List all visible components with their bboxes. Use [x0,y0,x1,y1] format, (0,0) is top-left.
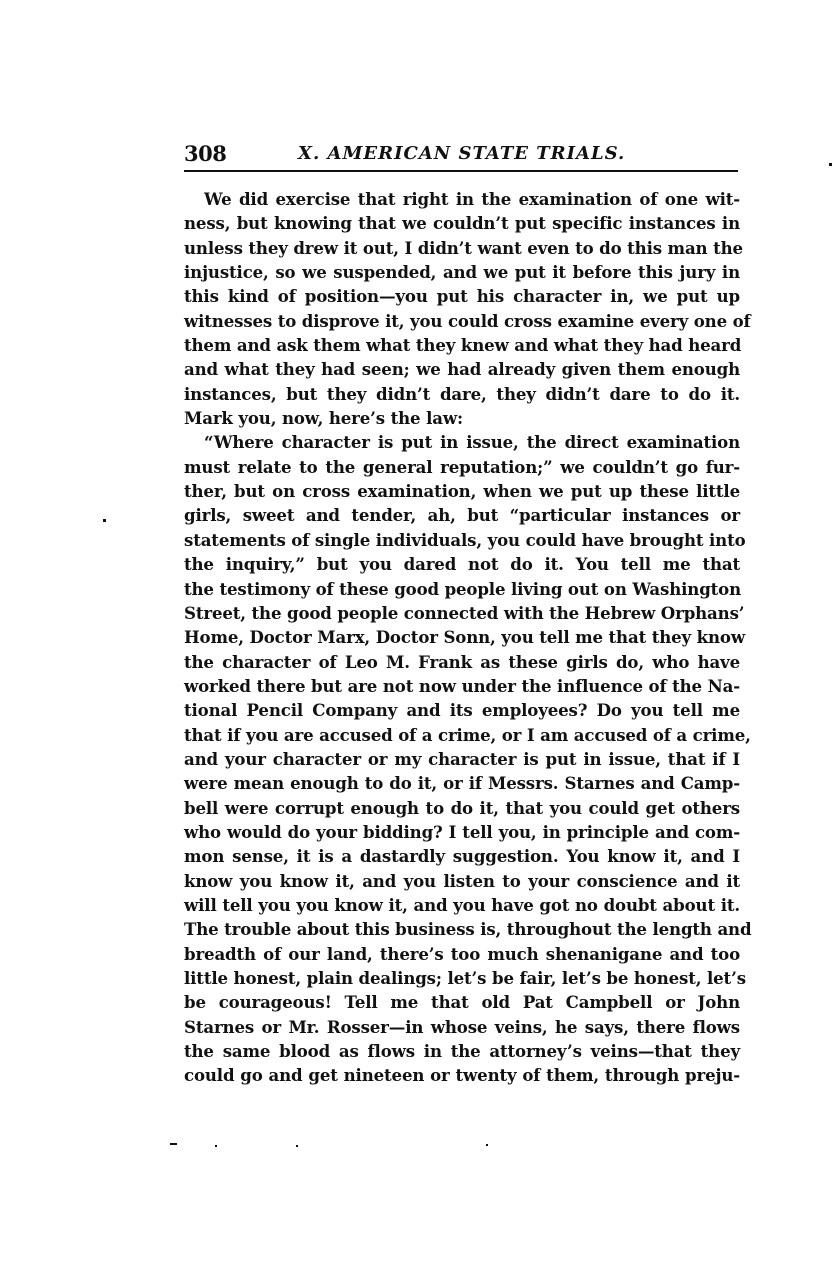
book-page: 308 X. AMERICAN STATE TRIALS. We did exe… [0,0,836,1284]
page-number: 308 [184,141,226,167]
text-line: the character of Leo M. Frank as these g… [184,650,740,674]
text-line: ness, but knowing that we couldn’t put s… [184,211,740,235]
text-line: the same blood as flows in the attorney’… [184,1039,740,1063]
text-line: worked there but are not now under the i… [184,674,740,698]
header-rule [184,170,738,172]
text-line: that if you are accused of a crime, or I… [184,723,740,747]
text-line: Street, the good people connected with t… [184,601,740,625]
text-line: and your character or my character is pu… [184,747,740,771]
text-line: We did exercise that right in the examin… [184,187,740,211]
text-line: be courageous! Tell me that old Pat Camp… [184,990,740,1014]
text-line: “Where character is put in issue, the di… [184,430,740,454]
text-line: little honest, plain dealings; let’s be … [184,966,740,990]
text-line: bell were corrupt enough to do it, that … [184,796,740,820]
scan-speck [103,519,106,522]
text-line: the inquiry,” but you dared not do it. Y… [184,552,740,576]
scan-speck [486,1144,488,1146]
running-title: X. AMERICAN STATE TRIALS. [298,141,625,167]
text-line: unless they drew it out, I didn’t want e… [184,236,740,260]
text-line: statements of single individuals, you co… [184,528,740,552]
body-text: We did exercise that right in the examin… [184,187,740,1088]
text-line: instances, but they didn’t dare, they di… [184,382,740,406]
text-line: must relate to the general reputation;” … [184,455,740,479]
scan-speck [296,1145,298,1147]
text-line: who would do your bidding? I tell you, i… [184,820,740,844]
text-line: witnesses to disprove it, you could cros… [184,309,740,333]
text-line: girls, sweet and tender, ah, but “partic… [184,503,740,527]
text-line: this kind of position—you put his charac… [184,284,740,308]
text-line: could go and get nineteen or twenty of t… [184,1063,740,1087]
text-line: tional Pencil Company and its employees?… [184,698,740,722]
scan-speck [170,1143,177,1145]
text-line: know you know it, and you listen to your… [184,869,740,893]
text-line: were mean enough to do it, or if Messrs.… [184,771,740,795]
scan-speck [829,163,832,166]
running-head: 308 X. AMERICAN STATE TRIALS. [184,141,738,171]
text-line: Mark you, now, here’s the law: [184,406,740,430]
text-line: Home, Doctor Marx, Doctor Sonn, you tell… [184,625,740,649]
text-line: injustice, so we suspended, and we put i… [184,260,740,284]
text-line: them and ask them what they knew and wha… [184,333,740,357]
text-line: ther, but on cross examination, when we … [184,479,740,503]
text-line: the testimony of these good people livin… [184,577,740,601]
text-line: Starnes or Mr. Rosser—in whose veins, he… [184,1015,740,1039]
text-line: The trouble about this business is, thro… [184,917,740,941]
text-line: mon sense, it is a dastardly suggestion.… [184,844,740,868]
text-line: breadth of our land, there’s too much sh… [184,942,740,966]
text-line: and what they had seen; we had already g… [184,357,740,381]
text-line: will tell you you know it, and you have … [184,893,740,917]
scan-speck [215,1145,217,1147]
